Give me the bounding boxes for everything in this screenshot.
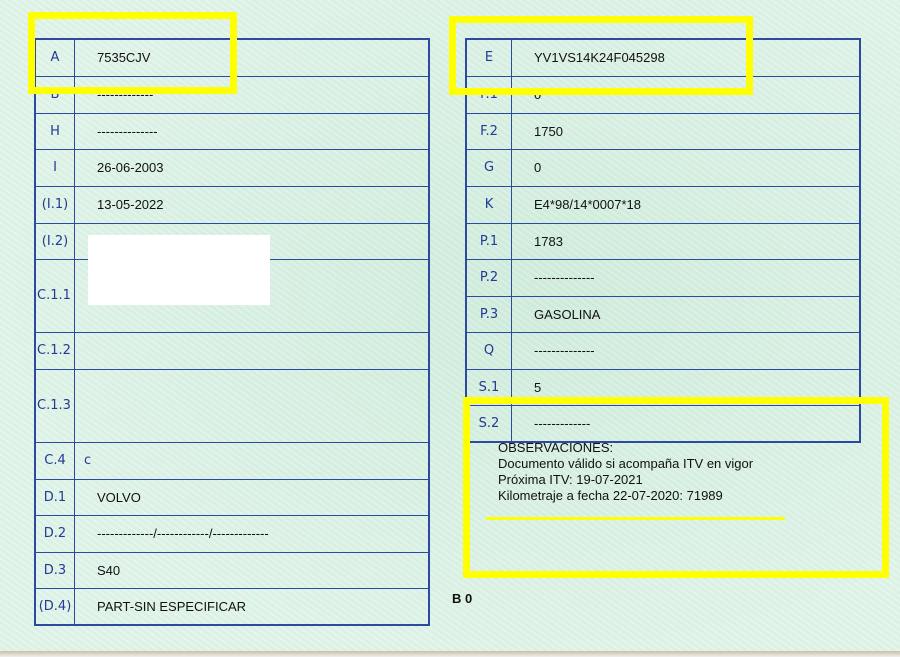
footer-code: B 0 [452, 591, 472, 606]
field-code: C.1.2 [35, 332, 75, 369]
field-value: -------------- [512, 259, 861, 296]
field-code: K [466, 186, 512, 223]
highlight-box-observations [463, 397, 889, 578]
field-value-issue-date: 13-05-2022 [75, 186, 430, 223]
left-field-table: A 7535CJV B ------------- H ------------… [34, 38, 430, 626]
field-value: -------------- [75, 113, 430, 149]
highlight-box-vin [449, 16, 753, 95]
field-value-model: S40 [75, 552, 430, 588]
field-code: P.2 [466, 259, 512, 296]
field-row-p1: P.1 1783 [466, 223, 860, 259]
field-row-d1: D.1 VOLVO [35, 479, 429, 515]
field-code: (I.1) [35, 186, 75, 223]
field-value: -------------- [512, 332, 861, 369]
field-code: P.3 [466, 296, 512, 332]
field-code: G [466, 149, 512, 186]
field-value-type-approval: E4*98/14*0007*18 [512, 186, 861, 223]
field-row-q: Q -------------- [466, 332, 860, 369]
field-row-p2: P.2 -------------- [466, 259, 860, 296]
field-value: c [75, 442, 430, 479]
field-row-d4: (D.4) PART-SIN ESPECIFICAR [35, 588, 429, 625]
field-value: 1750 [512, 113, 861, 149]
paper-edge [0, 651, 900, 657]
redacted-holder-name [88, 235, 270, 305]
field-row-d2: D.2 -------------/------------/---------… [35, 515, 429, 552]
field-row-p3: P.3 GASOLINA [466, 296, 860, 332]
highlight-underline [486, 517, 785, 520]
field-code: I [35, 149, 75, 186]
field-value-first-registration-date: 26-06-2003 [75, 149, 430, 186]
field-row-f2: F.2 1750 [466, 113, 860, 149]
field-code: C.4 [35, 442, 75, 479]
field-code: D.3 [35, 552, 75, 588]
field-code: D.1 [35, 479, 75, 515]
field-code: P.1 [466, 223, 512, 259]
field-row-h: H -------------- [35, 113, 429, 149]
field-row-c4: C.4 c [35, 442, 429, 479]
field-value-engine-capacity: 1783 [512, 223, 861, 259]
field-value: 0 [512, 149, 861, 186]
field-row-i1: (I.1) 13-05-2022 [35, 186, 429, 223]
field-value [75, 332, 430, 369]
field-row-k: K E4*98/14*0007*18 [466, 186, 860, 223]
field-code: (D.4) [35, 588, 75, 625]
field-row-c12: C.1.2 [35, 332, 429, 369]
field-value: -------------/------------/------------- [75, 515, 430, 552]
field-code: H [35, 113, 75, 149]
field-value: PART-SIN ESPECIFICAR [75, 588, 430, 625]
field-code: Q [466, 332, 512, 369]
right-field-table: E YV1VS14K24F045298 F.1 0 F.2 1750 G 0 K… [465, 38, 861, 443]
field-row-d3: D.3 S40 [35, 552, 429, 588]
field-row-g: G 0 [466, 149, 860, 186]
field-row-c13: C.1.3 [35, 369, 429, 442]
field-value-make: VOLVO [75, 479, 430, 515]
highlight-box-registration [28, 12, 237, 94]
field-row-i: I 26-06-2003 [35, 149, 429, 186]
field-value-fuel: GASOLINA [512, 296, 861, 332]
field-code: F.2 [466, 113, 512, 149]
field-code: C.1.1 [35, 259, 75, 332]
field-value-address [75, 369, 430, 442]
field-code: D.2 [35, 515, 75, 552]
field-code: (I.2) [35, 223, 75, 259]
field-code: C.1.3 [35, 369, 75, 442]
